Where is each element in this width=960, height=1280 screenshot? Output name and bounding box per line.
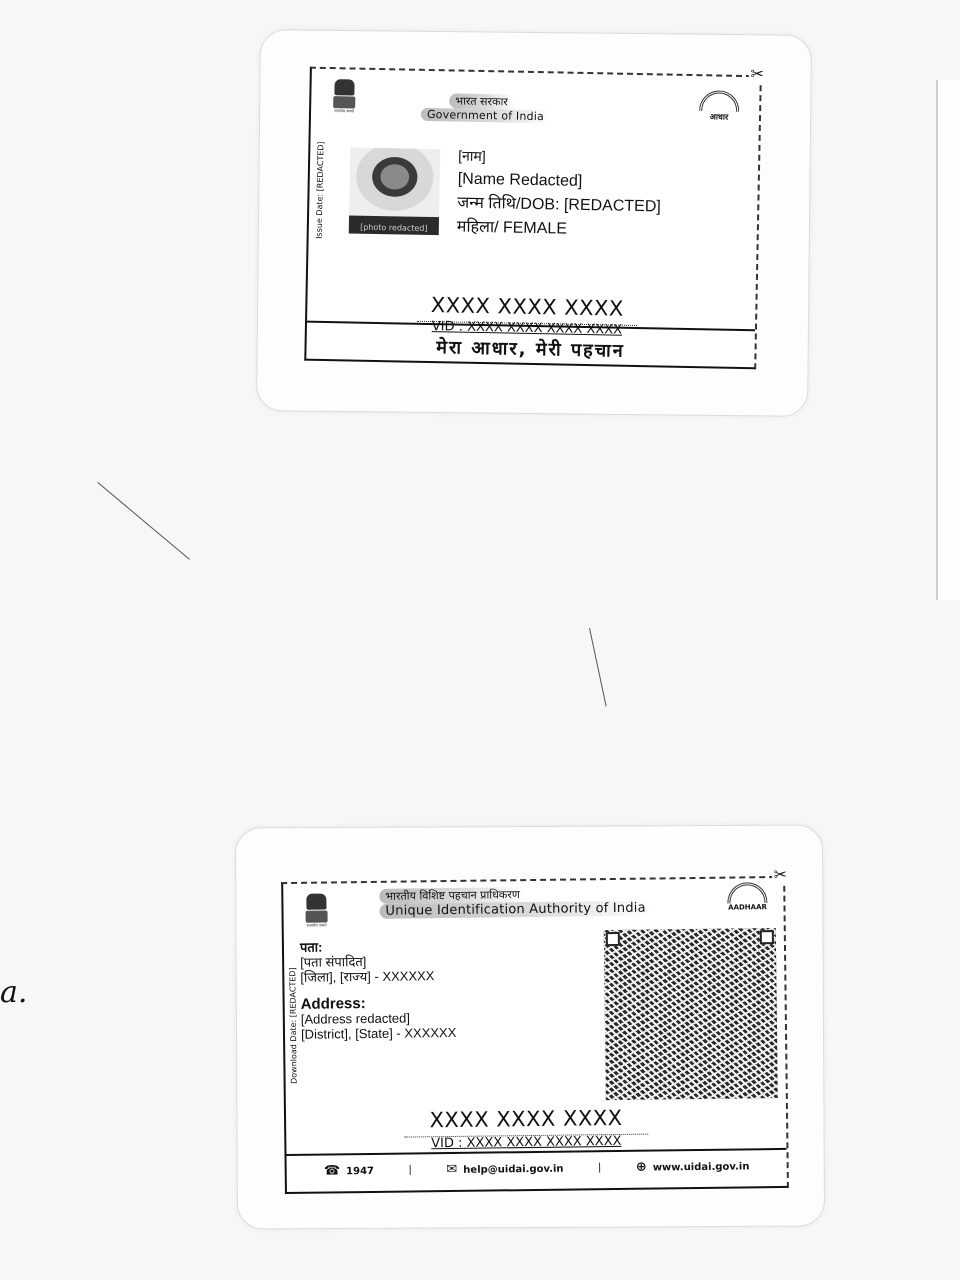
address-block: पता: [पता संपादित] [जिला], [राज्य] - XXX…	[300, 937, 561, 1042]
qr-code	[604, 928, 778, 1100]
helpline: ☎1947	[324, 1163, 374, 1179]
holder-info: [नाम] [Name Redacted] जन्म तिथि/DOB: [RE…	[457, 144, 662, 244]
contact-row: ☎1947 | ✉help@uidai.gov.in | ⊕www.uidai.…	[287, 1158, 787, 1179]
card-tagline: मेरा आधार, मेरी पहचान	[306, 333, 754, 366]
website-link[interactable]: ⊕www.uidai.gov.in	[636, 1158, 750, 1174]
download-date-label: Download Date: [REDACTED]	[288, 967, 298, 1084]
aadhaar-card-front: ✂ सत्यमेव जयते भारत सरकार Government of …	[304, 67, 762, 370]
gender: महिला/ FEMALE	[457, 216, 661, 244]
support-email[interactable]: ✉help@uidai.gov.in	[446, 1161, 563, 1177]
stray-pen-mark	[97, 482, 190, 560]
national-emblem-icon: सत्यमेव जयते	[303, 893, 329, 927]
scissors-icon: ✂	[748, 64, 766, 83]
header-english: Government of India	[421, 108, 550, 123]
aadhaar-logo-icon: AADHAAR	[725, 882, 769, 912]
card-header: भारतीय विशिष्ट पहचान प्राधिकरण Unique Id…	[379, 886, 652, 919]
aadhaar-number: XXXX XXXX XXXX	[427, 293, 627, 321]
aadhaar-card-back: ✂ सत्यमेव जयते भारतीय विशिष्ट पहचान प्रा…	[281, 876, 789, 1194]
mail-icon: ✉	[446, 1162, 457, 1177]
header-english: Unique Identification Authority of India	[379, 901, 651, 919]
phone-icon: ☎	[324, 1163, 340, 1178]
card-header: भारत सरकार Government of India	[421, 93, 551, 123]
front-card-laminate: ✂ सत्यमेव जयते भारत सरकार Government of …	[256, 29, 812, 417]
globe-icon: ⊕	[636, 1160, 647, 1175]
virtual-id: VID : XXXX XXXX XXXX XXXX	[416, 1134, 636, 1152]
header-hindi: भारत सरकार	[449, 93, 514, 109]
issue-date-label: Issue Date: [REDACTED]	[315, 141, 326, 239]
handwritten-annotation: a.	[0, 975, 27, 1010]
stray-pen-mark	[589, 628, 607, 706]
national-emblem-icon: सत्यमेव जयते	[331, 79, 358, 113]
aadhaar-number: XXXX XXXX XXXX	[426, 1106, 626, 1132]
holder-photo: [photo redacted]	[349, 147, 441, 235]
scissors-icon: ✂	[772, 865, 790, 884]
back-card-laminate: ✂ सत्यमेव जयते भारतीय विशिष्ट पहचान प्रा…	[235, 824, 825, 1229]
aadhaar-logo-icon: आधार	[697, 90, 742, 123]
adjacent-page-edge	[936, 80, 960, 600]
address-english-line: [District], [State] - XXXXXX	[301, 1024, 561, 1042]
